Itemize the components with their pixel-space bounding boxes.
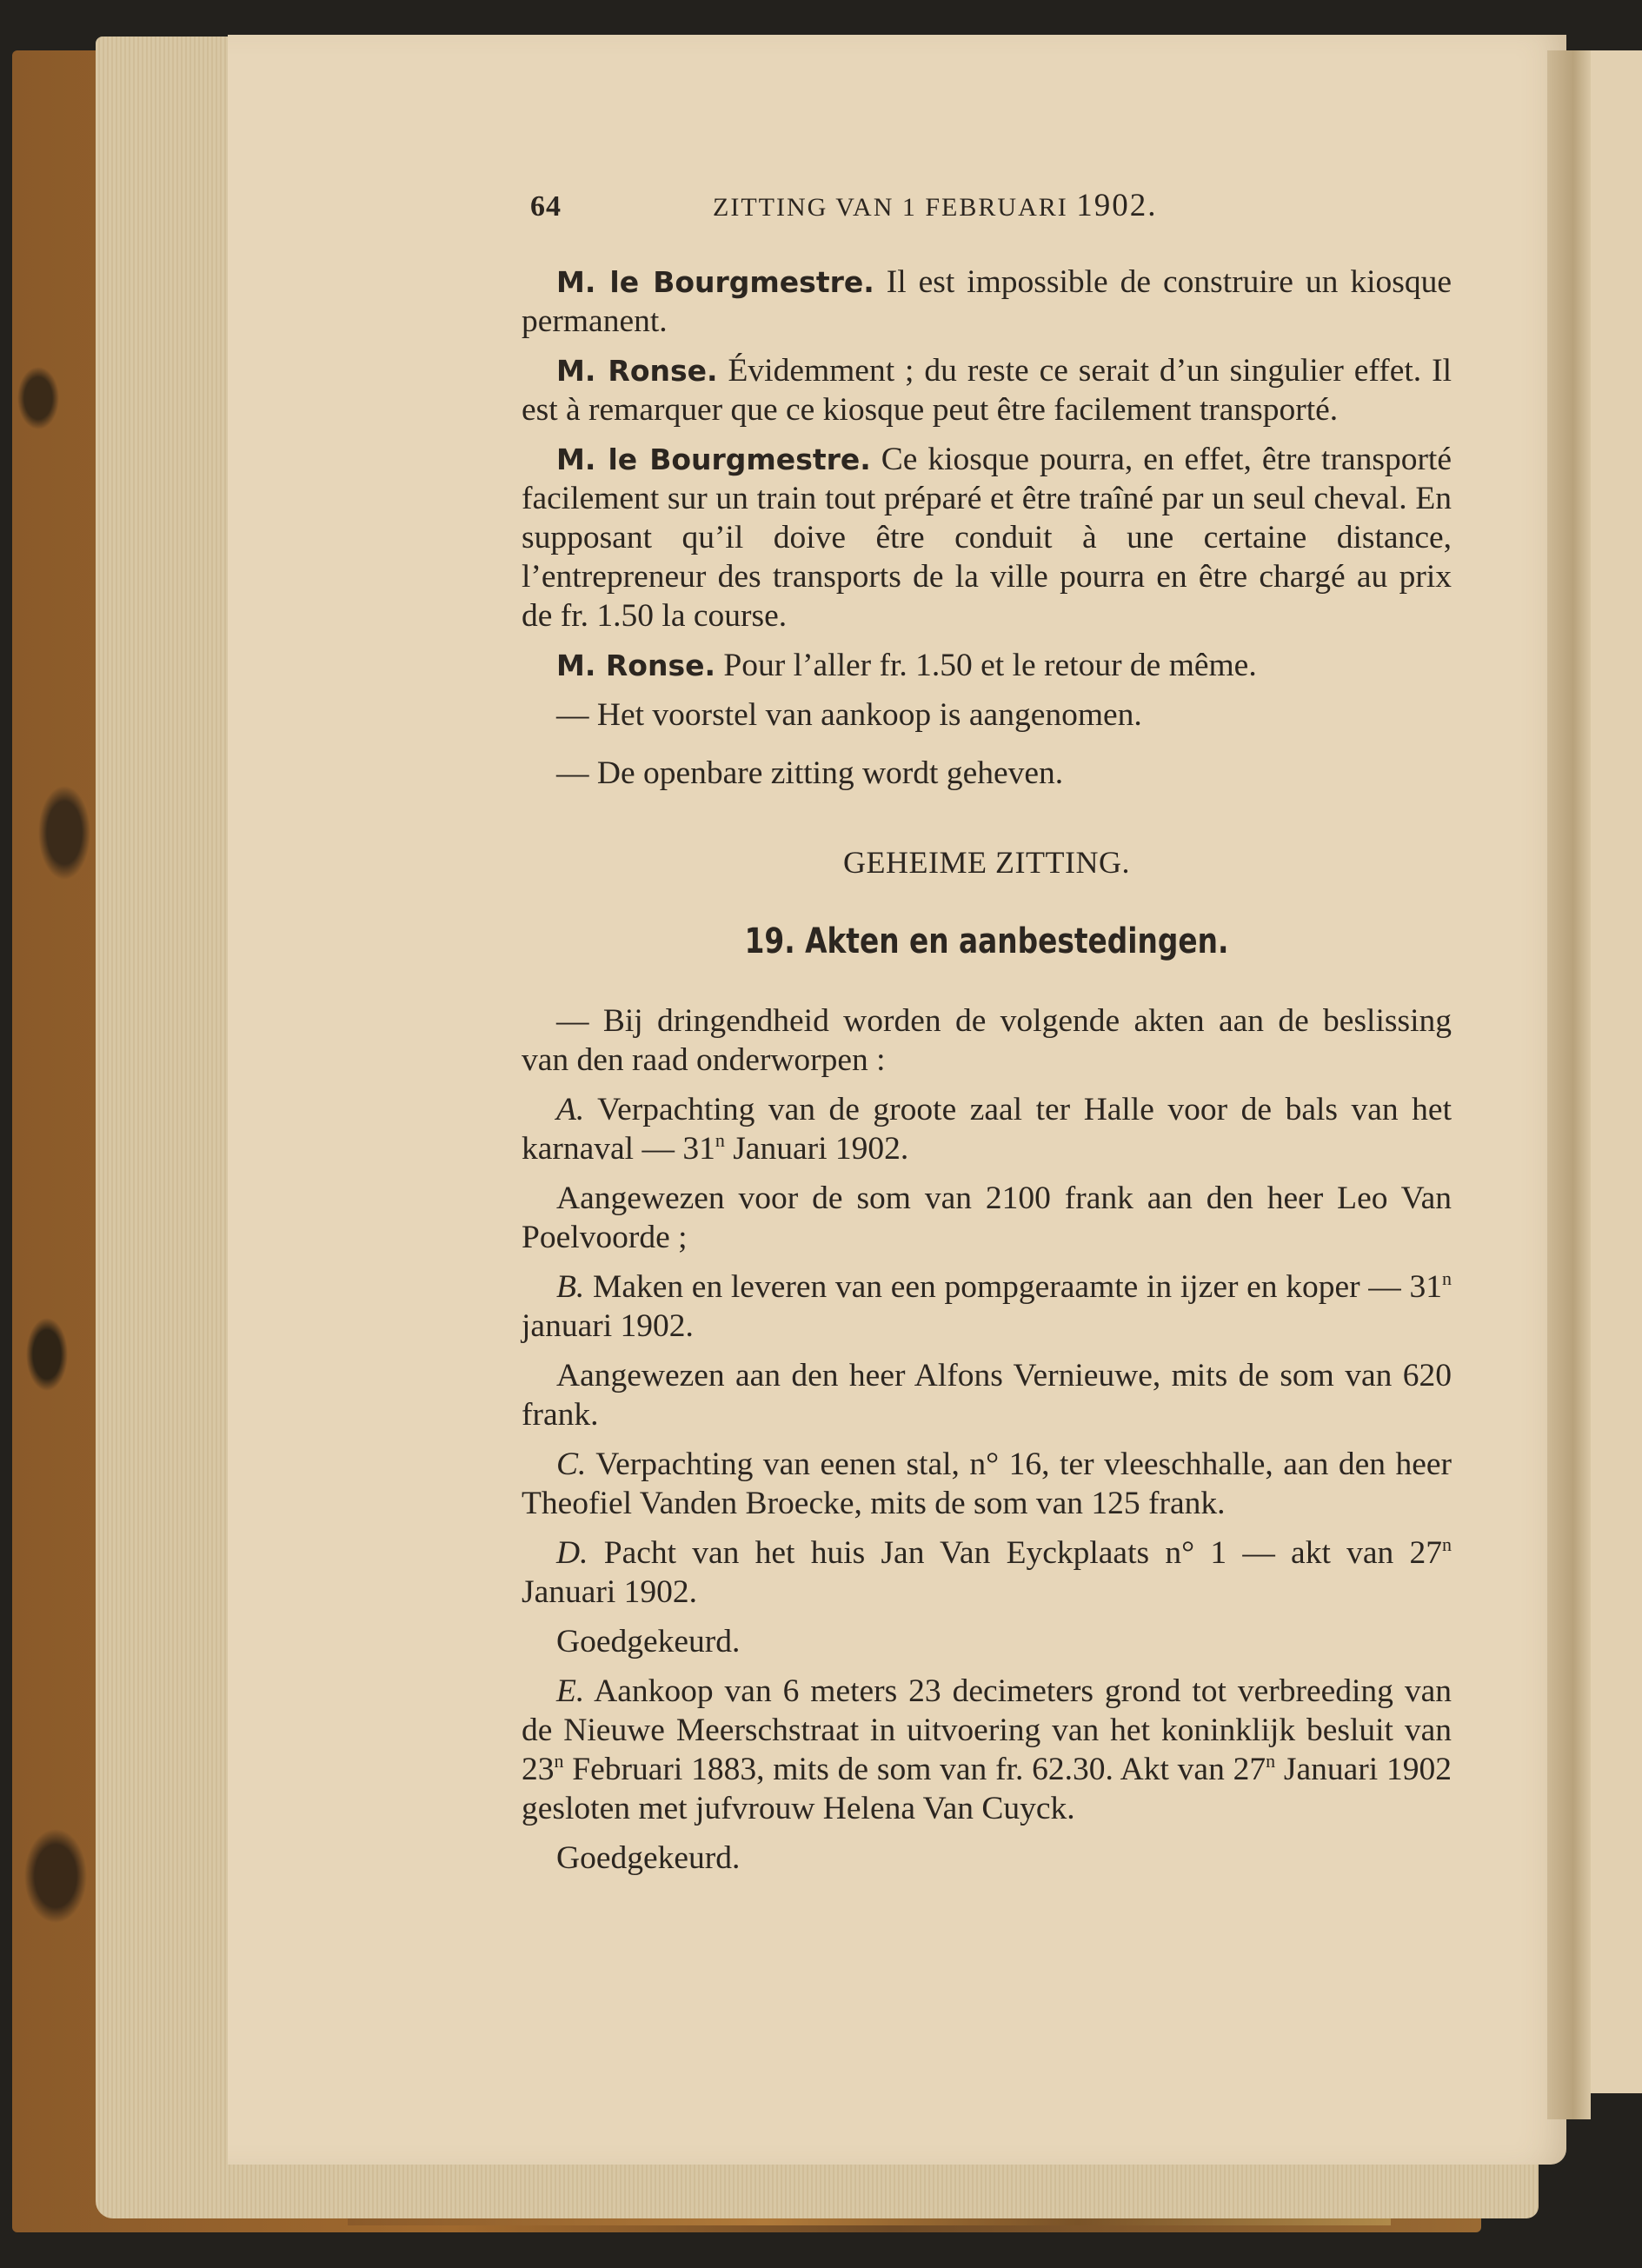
page-number: 64 (530, 190, 713, 223)
act-b: B. Maken en leveren van een pompgeraamte… (522, 1267, 1452, 1346)
acts-intro: — Bij dringendheid worden de volgende ak… (522, 1001, 1452, 1080)
act-d: D. Pacht van het huis Jan Van Eyckplaats… (522, 1533, 1452, 1612)
act-letter: C. (556, 1447, 586, 1482)
item-title: 19. Akten en aanbestedingen. (605, 922, 1367, 961)
body-text: M. le Bourgmestre. Il est impossible de … (522, 263, 1452, 1888)
section-heading: GEHEIME ZITTING. (522, 843, 1452, 882)
page-content: 64 ZITTING VAN 1 FEBRUARI 1902. M. le Bo… (0, 0, 1642, 2268)
paragraph-bourgmestre-2: M. le Bourgmestre. Ce kiosque pourra, en… (522, 440, 1452, 635)
speaker-name: M. le Bourgmestre. (556, 265, 874, 299)
paragraph-text: Pour l’aller fr. 1.50 et le retour de mê… (715, 648, 1257, 683)
act-text: Pacht van het huis Jan Van Eyckplaats n°… (588, 1535, 1442, 1571)
act-text: Verpachting van eenen stal, n° 16, ter v… (522, 1447, 1452, 1521)
header-year: 1902. (1076, 188, 1157, 223)
speaker-name: M. Ronse. (556, 648, 715, 682)
superscript: n (555, 1750, 564, 1772)
speaker-name: M. le Bourgmestre. (556, 442, 871, 476)
superscript: n (715, 1129, 725, 1151)
act-e-decision: Goedgekeurd. (522, 1839, 1452, 1878)
act-a: A. Verpachting van de groote zaal ter Ha… (522, 1090, 1452, 1168)
act-text: Maken en leveren van een pompgeraamte in… (584, 1269, 1442, 1305)
superscript: n (1266, 1750, 1275, 1772)
act-text: Januari 1902. (725, 1131, 908, 1167)
act-a-decision: Aangewezen voor de som van 2100 frank aa… (522, 1179, 1452, 1257)
superscript: n (1442, 1267, 1452, 1289)
paragraph-session-closed: — De openbare zitting wordt geheven. (522, 754, 1452, 793)
act-letter: A. (556, 1092, 584, 1127)
header-title-text: ZITTING VAN 1 FEBRUARI (713, 193, 1068, 222)
speaker-name: M. Ronse. (556, 354, 718, 388)
running-header: 64 ZITTING VAN 1 FEBRUARI 1902. (530, 187, 1243, 224)
act-letter: B. (556, 1269, 584, 1305)
paragraph-proposal-accepted: — Het voorstel van aankoop is aangenomen… (522, 695, 1452, 735)
act-letter: D. (556, 1535, 588, 1571)
act-text: Verpachting van de groote zaal ter Halle… (522, 1092, 1452, 1167)
act-text: januari 1902. (522, 1308, 694, 1344)
paragraph-ronse-1: M. Ronse. Évidemment ; du reste ce serai… (522, 351, 1452, 429)
act-b-decision: Aangewezen aan den heer Alfons Vernieuwe… (522, 1356, 1452, 1434)
header-title: ZITTING VAN 1 FEBRUARI 1902. (713, 187, 1157, 224)
act-letter: E. (556, 1673, 584, 1709)
act-e: E. Aankoop van 6 meters 23 decimeters gr… (522, 1672, 1452, 1828)
superscript: n (1442, 1533, 1452, 1555)
act-text: Februari 1883, mits de som van fr. 62.30… (564, 1752, 1266, 1787)
act-text: Januari 1902. (522, 1574, 697, 1610)
act-d-decision: Goedgekeurd. (522, 1622, 1452, 1661)
act-c: C. Verpachting van eenen stal, n° 16, te… (522, 1445, 1452, 1523)
paragraph-ronse-2: M. Ronse. Pour l’aller fr. 1.50 et le re… (522, 646, 1452, 685)
paragraph-bourgmestre-1: M. le Bourgmestre. Il est impossible de … (522, 263, 1452, 341)
